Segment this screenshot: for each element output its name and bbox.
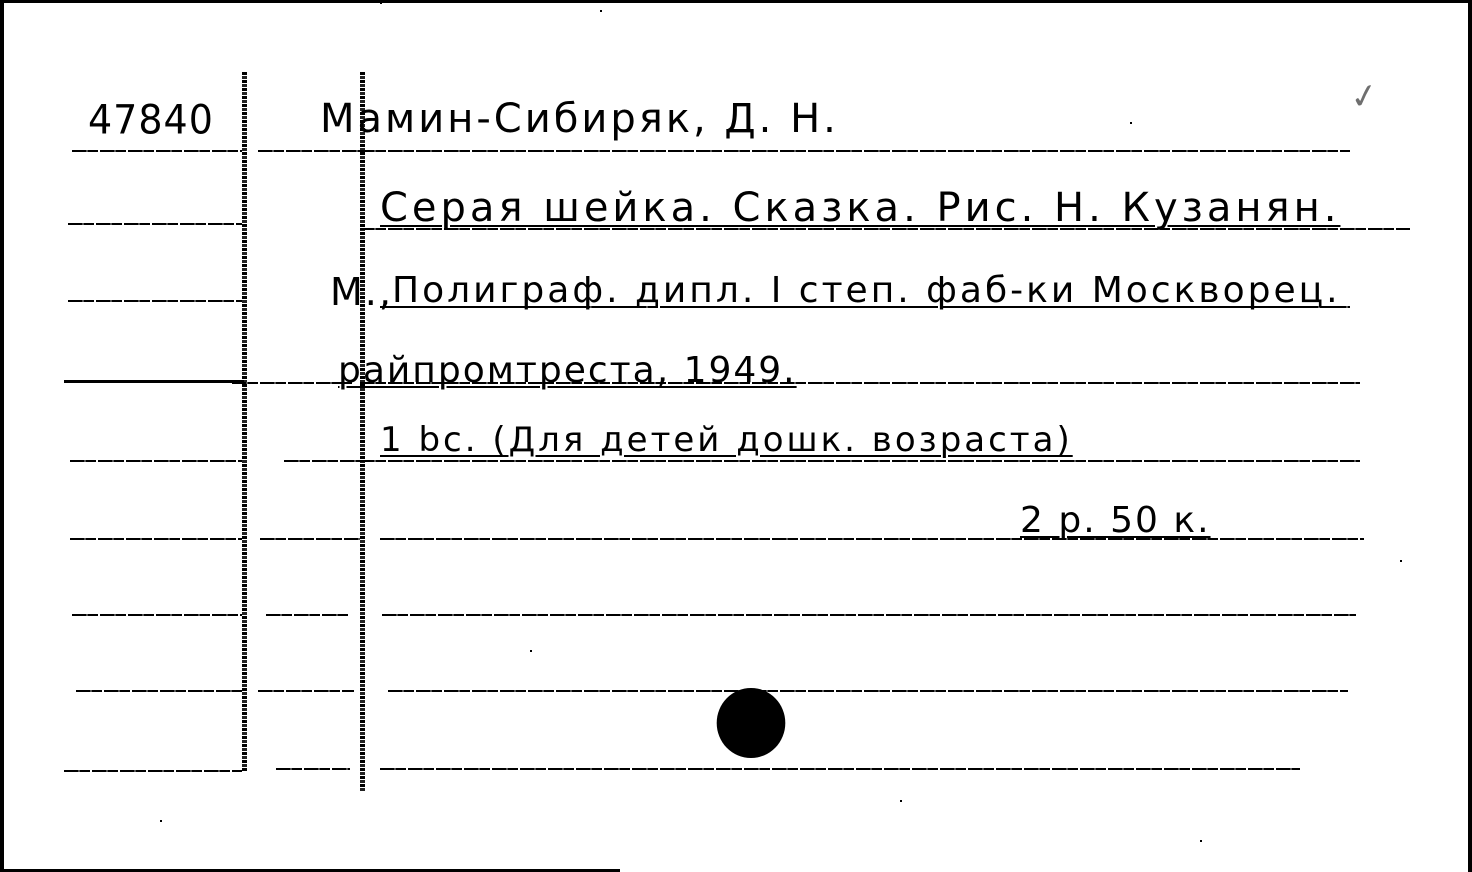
ruled-line bbox=[76, 690, 242, 692]
ruled-line bbox=[382, 614, 1356, 616]
scan-speck bbox=[900, 800, 902, 802]
scan-speck bbox=[160, 820, 162, 822]
price: 2 р. 50 к. bbox=[1020, 500, 1211, 541]
ruled-line bbox=[68, 300, 242, 302]
ruled-line bbox=[260, 538, 360, 540]
imprint-publisher: Полиграф. дипл. I степ. фаб-ки Москворец… bbox=[392, 270, 1341, 311]
ruled-line bbox=[70, 460, 242, 462]
catalog-card: 47840 Мамин-Сибиряк, Д. Н. Серая шейка. … bbox=[0, 0, 1472, 872]
ruled-line bbox=[380, 538, 1364, 540]
card-border-top bbox=[0, 0, 1472, 3]
ruled-line bbox=[70, 538, 242, 540]
call-number: 47840 bbox=[88, 97, 214, 143]
ruled-line bbox=[360, 460, 1360, 462]
scan-speck bbox=[380, 2, 382, 4]
ruled-line bbox=[284, 460, 360, 462]
ruled-line bbox=[360, 150, 1350, 152]
scan-speck bbox=[1130, 122, 1132, 124]
ruled-line bbox=[64, 770, 242, 772]
ruled-line bbox=[380, 768, 1300, 770]
imprint-place: М., bbox=[330, 270, 393, 314]
scan-speck bbox=[600, 10, 602, 12]
ruled-line bbox=[68, 223, 242, 225]
scan-speck bbox=[1200, 840, 1202, 842]
vertical-rule-call-number bbox=[242, 72, 247, 772]
title-statement: Серая шейка. Сказка. Рис. Н. Кузанян. bbox=[380, 185, 1340, 231]
check-mark-icon: ✓ bbox=[1347, 74, 1402, 116]
punch-hole bbox=[717, 688, 786, 758]
ruled-line bbox=[72, 150, 242, 152]
ruled-line bbox=[388, 690, 1348, 692]
imprint-publisher-date: райпромтреста, 1949. bbox=[338, 350, 797, 391]
ruled-line bbox=[276, 768, 350, 770]
ruled-line bbox=[232, 382, 352, 384]
ruled-line bbox=[72, 614, 242, 616]
card-border-right bbox=[1468, 0, 1472, 872]
scan-speck bbox=[1400, 560, 1402, 562]
scan-speck bbox=[530, 650, 532, 652]
author-heading: Мамин-Сибиряк, Д. Н. bbox=[320, 96, 839, 142]
ruled-line bbox=[258, 150, 360, 152]
collation-note: 1 bc. (Для детей дошк. возраста) bbox=[380, 420, 1073, 460]
vertical-rule-author bbox=[360, 72, 365, 792]
ruled-line bbox=[266, 614, 350, 616]
ruled-line bbox=[258, 690, 354, 692]
card-border-left bbox=[0, 0, 4, 872]
ruled-line bbox=[64, 380, 244, 383]
